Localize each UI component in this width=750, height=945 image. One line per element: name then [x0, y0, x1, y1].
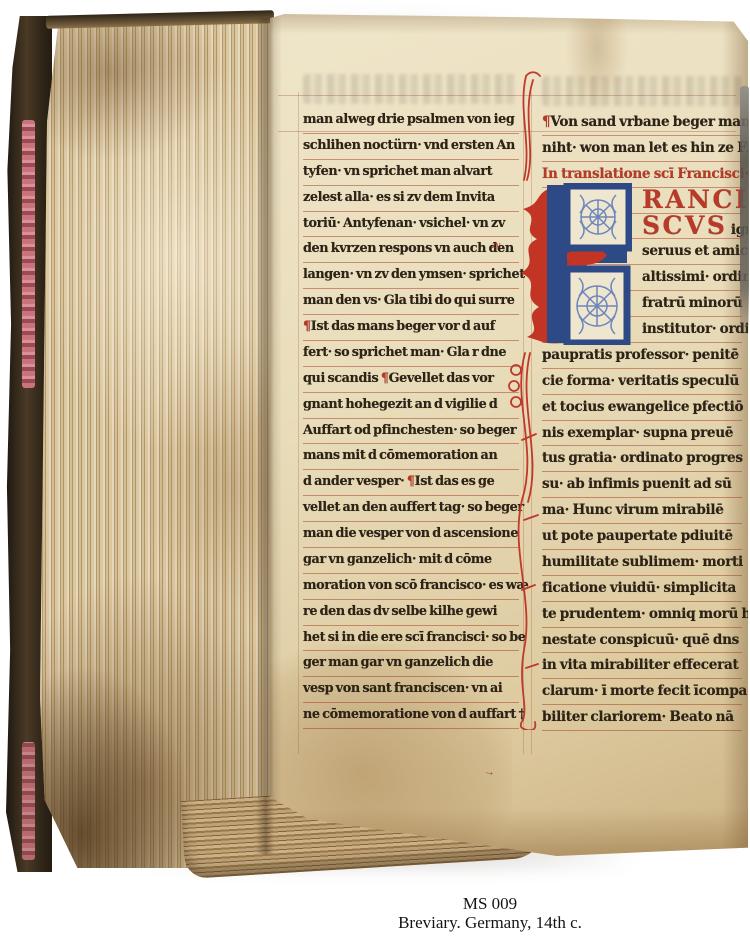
body-text: Von sand vrbane beger man: [550, 114, 750, 130]
body-text: ficatione viuidū· simplicita: [542, 580, 736, 596]
body-text: Auffart od pfinchesten· so beger: [303, 423, 516, 438]
body-text: mans mit d cōmemoration an: [303, 448, 497, 463]
body-text: et tocius ewangelice pfectiō: [542, 399, 743, 415]
body-text: man die vesper von d ascensione: [303, 526, 518, 541]
body-text: moration von scō francisco· es wæ: [303, 578, 528, 593]
page-edge-shadow-right: [740, 86, 749, 336]
body-text: langen· vn zv den ymsen· sprichet: [303, 267, 525, 282]
manuscript-text-line: qui scandis ¶Gevellet das vor: [303, 367, 519, 393]
manuscript-text-line: biliter clariorem· Beato nā: [542, 705, 742, 731]
body-text: niht· won man let es hin ze Fier: [542, 140, 750, 156]
manuscript-text-line: moration von scō francisco· es wæ: [303, 574, 519, 600]
body-text: nis exemplar· supna preuē: [542, 425, 733, 441]
manuscript-text-line: ficatione viuidū· simplicita: [542, 576, 742, 602]
body-text: d ander vesper·: [303, 474, 407, 489]
rubric-text: ¶: [407, 474, 415, 489]
manuscript-text-line: paupratis professor· penitē: [542, 343, 742, 369]
stain: [270, 14, 282, 856]
body-text: ne cōmemoratione von d auffart: [303, 707, 516, 722]
manuscript-photo: man alweg drie psalmen von iegschlihen n…: [0, 0, 750, 945]
body-text: man den vs· Gla tibi do qui surre: [303, 293, 515, 308]
body-text: tus gratia· ordinato progres: [542, 450, 743, 466]
body-text: clarum· ī morte fecit īcompa: [542, 683, 747, 699]
body-text: gar vn ganzelich· mit d cōme: [303, 552, 492, 567]
ruling-line: [298, 92, 299, 754]
manuscript-text-line: cie forma· veritatis speculū: [542, 369, 742, 395]
manuscript-text-line: man die vesper von d ascensione: [303, 522, 519, 548]
body-text: su· ab infimis puenit ad sū: [542, 476, 732, 492]
rubric-text: RANCI: [642, 185, 749, 214]
manuscript-text-line: et tocius ewangelice pfectiō: [542, 395, 742, 421]
rubric-text: In translatione scī Francisci·: [542, 166, 749, 182]
red-tick-mark: →: [483, 765, 496, 778]
manuscript-text-line: tyfen· vn sprichet man alvart: [303, 160, 519, 186]
manuscript-text-line: man den vs· Gla tibi do qui surre: [303, 289, 519, 315]
body-text: fratrū minorū: [642, 295, 743, 311]
left-text-column: man alweg drie psalmen von iegschlihen n…: [303, 108, 519, 729]
manuscript-text-line: ne cōmemoratione von d auffart †: [303, 703, 519, 729]
body-text: zelest alla· es si zv dem Invita: [303, 190, 495, 205]
body-text: vellet an den auffert tag· so beger: [303, 500, 524, 515]
body-text: ger man gar vn ganzelich die: [303, 655, 493, 670]
manuscript-text-line: man alweg drie psalmen von ieg: [303, 108, 519, 134]
body-text: institutor· ordi: [642, 321, 749, 337]
body-text: gnant hohegezit an d vigilie d: [303, 397, 497, 412]
manuscript-text-line: fert· so sprichet man· Gla r dne: [303, 341, 519, 367]
manuscript-text-line: ger man gar vn ganzelich die: [303, 651, 519, 677]
parchment-page: man alweg drie psalmen von iegschlihen n…: [270, 14, 748, 856]
manuscript-text-line: schlihen noctürn· vnd ersten An: [303, 134, 519, 160]
body-text: altissimi· ordin: [642, 269, 750, 285]
manuscript-text-line: nis exemplar· supna preuē: [542, 421, 742, 447]
rubric-text: ¶: [381, 371, 389, 386]
manuscript-text-line: niht· won man let es hin ze Fier: [542, 136, 742, 162]
ghost-text-offset: [542, 76, 742, 106]
manuscript-text-line: vellet an den auffert tag· so beger: [303, 496, 519, 522]
illuminated-initial-F: [495, 183, 632, 345]
manuscript-text-line: toriū· Antyfenan· vsichel· vn zv: [303, 212, 519, 238]
body-text: ut pote paupertate pdiuitē: [542, 528, 733, 544]
body-text: den kvrzen respons vn auch den: [303, 241, 514, 256]
body-text: paupratis professor· penitē: [542, 347, 739, 363]
body-text: Ist das mans beger vor d auf: [311, 319, 495, 334]
body-text: te prudentem· omniq morū ho: [542, 606, 750, 622]
fore-edge-page-stack: [40, 20, 274, 868]
body-text: fert· so sprichet man· Gla r dne: [303, 345, 506, 360]
caption-description: Breviary. Germany, 14th c.: [230, 913, 750, 932]
body-text: biliter clariorem· Beato nā: [542, 709, 734, 725]
manuscript-text-line: gar vn ganzelich· mit d cōme: [303, 548, 519, 574]
caption-shelfmark: MS 009: [230, 894, 750, 913]
manuscript-text-line: ¶Ist das mans beger vor d auf: [303, 315, 519, 341]
manuscript-text-line: Auffart od pfinchesten· so beger: [303, 419, 519, 445]
manuscript-text-line: vesp von sant franciscen· vn ai: [303, 677, 519, 703]
body-text: man alweg drie psalmen von ieg: [303, 112, 514, 127]
body-text: vesp von sant franciscen· vn ai: [303, 681, 502, 696]
manuscript-text-line: clarum· ī morte fecit īcompa: [542, 679, 742, 705]
manuscript-text-line: nestate conspicuū· quē dns: [542, 628, 742, 654]
body-text: Gevellet das vor: [389, 371, 494, 386]
headband-pink-lower: [22, 742, 35, 860]
manuscript-text-line: ¶Von sand vrbane beger man: [542, 110, 742, 136]
body-text: nestate conspicuū· quē dns: [542, 632, 739, 648]
manuscript-text-line: re den das dv selbe kilhe gewi: [303, 600, 519, 626]
body-text: in vita mirabiliter effecerat: [542, 657, 738, 673]
rubric-text: ¶: [303, 319, 311, 334]
manuscript-text-line: su· ab infimis puenit ad sū: [542, 472, 742, 498]
manuscript-text-line: zelest alla· es si zv dem Invita: [303, 186, 519, 212]
gutter-penwork-flourish: [502, 70, 546, 730]
caption: MS 009 Breviary. Germany, 14th c.: [230, 894, 750, 932]
body-text: Ist das es ge: [415, 474, 495, 489]
headband-pink-upper: [22, 120, 35, 388]
manuscript-text-line: langen· vn zv den ymsen· sprichet: [303, 263, 519, 289]
manuscript-text-line: den kvrzen respons vn auch den: [303, 237, 519, 263]
manuscript-text-line: in vita mirabiliter effecerat: [542, 653, 742, 679]
manuscript-text-line: gnant hohegezit an d vigilie d: [303, 393, 519, 419]
manuscript-text-line: d ander vesper· ¶Ist das es ge: [303, 470, 519, 496]
body-text: tyfen· vn sprichet man alvart: [303, 164, 492, 179]
body-text: humilitate sublimem· morti: [542, 554, 743, 570]
body-text: ma· Hunc virum mirabilē: [542, 502, 724, 518]
body-text: schlihen noctürn· vnd ersten An: [303, 138, 515, 153]
body-text: qui scandis: [303, 371, 381, 386]
manuscript-text-line: humilitate sublimem· morti: [542, 550, 742, 576]
manuscript-text-line: ma· Hunc virum mirabilē: [542, 498, 742, 524]
ghost-text-offset: [303, 74, 519, 104]
body-text: re den das dv selbe kilhe gewi: [303, 604, 497, 619]
body-text: cie forma· veritatis speculū: [542, 373, 739, 389]
rubric-text: SCVS: [642, 211, 727, 240]
body-text: toriū· Antyfenan· vsichel· vn zv: [303, 216, 505, 231]
manuscript-text-line: tus gratia· ordinato progres: [542, 446, 742, 472]
body-text: seruus et amic: [642, 243, 748, 259]
body-text: het si in die ere scī francisci· so be: [303, 630, 526, 645]
manuscript-text-line: te prudentem· omniq morū ho: [542, 602, 742, 628]
manuscript-text-line: ut pote paupertate pdiuitē: [542, 524, 742, 550]
manuscript-text-line: mans mit d cōmemoration an: [303, 444, 519, 470]
manuscript-text-line: het si in die ere scī francisci· so be: [303, 626, 519, 652]
